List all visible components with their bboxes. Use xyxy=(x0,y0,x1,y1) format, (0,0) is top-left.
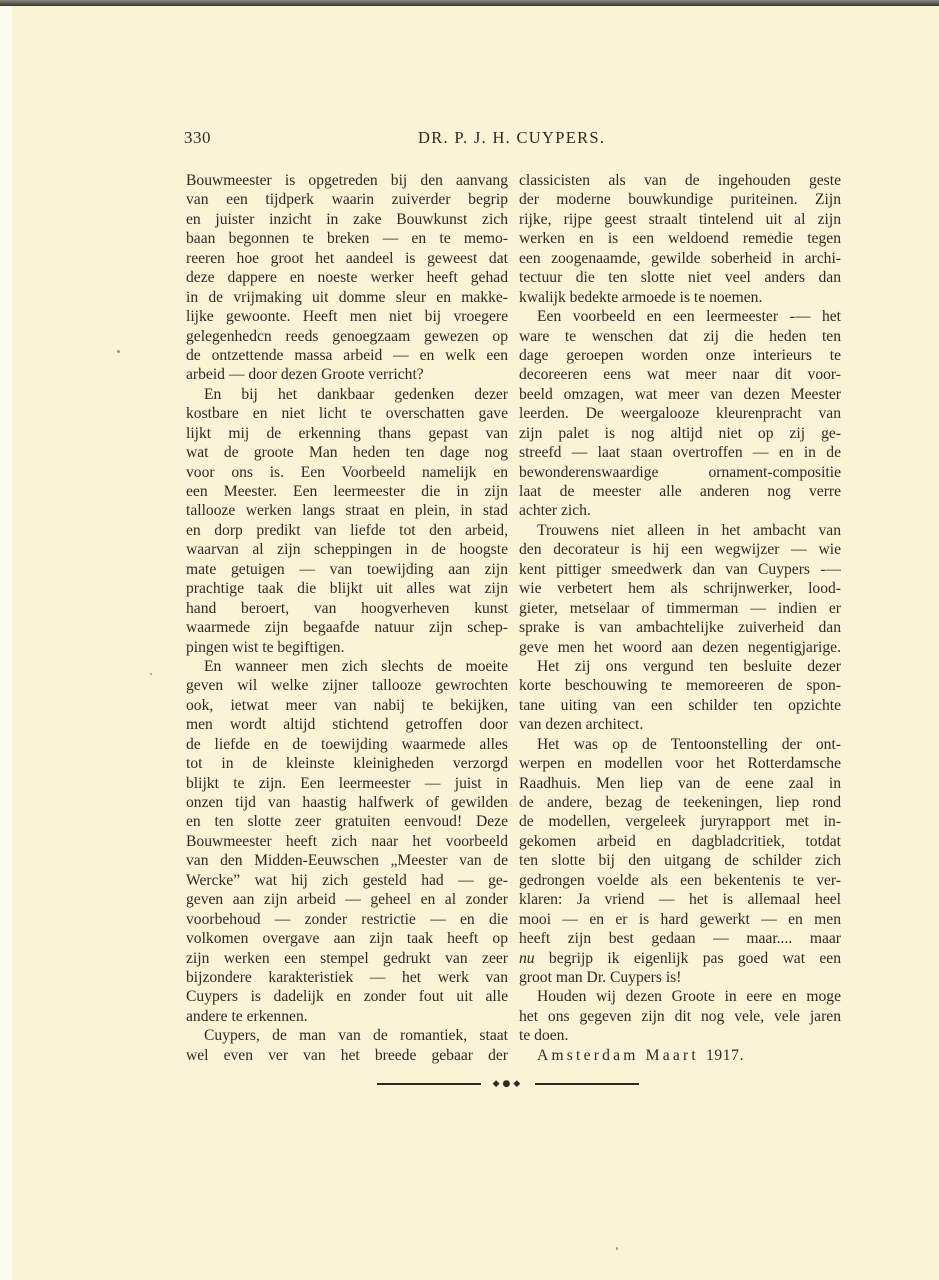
line-text: Een voorbeeld en een leermeester -— het xyxy=(537,308,841,325)
line-text: wie verbetert hem als schrijnwerker, loo… xyxy=(519,580,841,597)
line-text: mooi — en er is hard gewerkt — en men xyxy=(519,911,841,928)
line-text: ook, ietwat meer van nabij te bekijken, xyxy=(186,697,508,714)
line-text: gedrongen voelde als een bekentenis te v… xyxy=(519,872,841,889)
line-text: de liefde en de toewijding waarmede alle… xyxy=(186,736,508,753)
line-text: gekomen arbeid en dagbladcritiek, totdat xyxy=(519,833,841,850)
right-column: classicisten als van de ingehouden geste… xyxy=(519,171,841,1065)
text-line: de ontzettende massa arbeid — en welk ee… xyxy=(186,346,508,365)
line-text: van een tijdperk waarin zuiverder begrip xyxy=(186,191,508,208)
paper-speck xyxy=(117,350,120,353)
line-text: pingen wist te begiftigen. xyxy=(186,639,345,656)
text-line: onzen tijd van haastig halfwerk of gewil… xyxy=(186,793,508,812)
text-line: tectuur die ten slotte niet veel anders … xyxy=(519,268,841,287)
line-text: werken en is een weldoend remedie tegen xyxy=(519,230,841,247)
line-text: blijkt te zijn. Een leermeester — juist … xyxy=(186,775,508,792)
text-line: een Meester. Een leermeester die in zijn xyxy=(186,482,508,501)
line-text: waarvan al zijn scheppingen in de hoogst… xyxy=(186,541,508,558)
text-line: deze dappere en noeste werker heeft geha… xyxy=(186,268,508,287)
text-line: Cuypers, de man van de romantiek, staat xyxy=(186,1026,508,1045)
line-text: geven aan zijn arbeid — geheel en al zon… xyxy=(186,891,508,908)
line-text: en juister inzicht in zake Bouwkunst zic… xyxy=(186,211,508,228)
text-line: men wordt altijd stichtend getroffen doo… xyxy=(186,715,508,734)
text-line: lijkt mij de erkenning thans gepast van xyxy=(186,424,508,443)
text-line: de liefde en de toewijding waarmede alle… xyxy=(186,735,508,754)
line-text: Raadhuis. Men liep van de eene zaal in xyxy=(519,775,841,792)
scan-left-margin xyxy=(0,6,12,1280)
line-text: dage geroepen worden onze interieurs te xyxy=(519,347,841,364)
text-line: gedrongen voelde als een bekentenis te v… xyxy=(519,871,841,890)
text-line: nu begrijp ik eigenlijk pas goed wat een xyxy=(519,949,841,968)
line-text: ware te wenschen dat zij die heden ten xyxy=(519,328,841,345)
line-text: te doen. xyxy=(519,1027,568,1044)
line-text: beeld omzagen, wat meer van dezen Meeste… xyxy=(519,386,841,403)
line-text: geven wil welke zijner tallooze gewrocht… xyxy=(186,677,508,694)
text-line: gelegenhedcn reeds genoegzaam gewezen op xyxy=(186,327,508,346)
emphasis: nu xyxy=(519,950,535,967)
text-line: Wercke” wat hij zich gesteld had — ge- xyxy=(186,871,508,890)
line-text: tallooze werken langs straat en plein, i… xyxy=(186,502,508,519)
text-line: Een voorbeeld en een leermeester -— het xyxy=(519,307,841,326)
line-text: onzen tijd van haastig halfwerk of gewil… xyxy=(186,794,508,811)
text-line: andere te erkennen. xyxy=(186,1007,508,1026)
line-text: Cuypers, de man van de romantiek, staat xyxy=(204,1027,508,1044)
text-line: zijn werken een stempel gedrukt van zeer xyxy=(186,949,508,968)
line-text: mate getuigen — van toewijding aan zijn xyxy=(186,561,508,578)
line-text: de andere, bezag de teekeningen, liep ro… xyxy=(519,794,841,811)
line-text: Houden wij dezen Groote in eere en moge xyxy=(537,988,841,1005)
line-text: gelegenhedcn reeds genoegzaam gewezen op xyxy=(186,328,508,345)
line-text: het ons gegeven zijn dit nog vele, vele … xyxy=(519,1008,841,1025)
text-line: classicisten als van de ingehouden geste xyxy=(519,171,841,190)
text-line: van dezen architect. xyxy=(519,715,841,734)
text-line: leerden. De weergalooze kleurenpracht va… xyxy=(519,404,841,423)
line-text: kostbare en niet licht te overschatten g… xyxy=(186,405,508,422)
line-text: kwalijk bedekte armoede is te noemen. xyxy=(519,289,762,306)
text-line: kwalijk bedekte armoede is te noemen. xyxy=(519,288,841,307)
text-line: groot man Dr. Cuypers is! xyxy=(519,968,841,987)
text-line: Het was op de Tentoonstelling der ont- xyxy=(519,735,841,754)
line-text: men wordt altijd stichtend getroffen doo… xyxy=(186,716,508,733)
page-number: 330 xyxy=(184,128,211,148)
line-text: lijkt mij de erkenning thans gepast van xyxy=(186,425,508,442)
text-line: van een tijdperk waarin zuiverder begrip xyxy=(186,190,508,209)
line-text: der moderne bouwkundige puriteinen. Zijn xyxy=(519,191,841,208)
line-text: laat de meester alle anderen nog verre xyxy=(519,483,841,500)
line-text: een zoogenaamde, gewilde soberheid in ar… xyxy=(519,250,841,267)
text-line: werken en is een weldoend remedie tegen xyxy=(519,229,841,248)
text-line: streefd — laat staan overtroffen — en in… xyxy=(519,443,841,462)
text-line: dage geroepen worden onze interieurs te xyxy=(519,346,841,365)
text-line: werpen en modellen voor het Rotterdamsch… xyxy=(519,754,841,773)
text-line: En wanneer men zich slechts de moeite xyxy=(186,657,508,676)
text-line: decoreeren eens wat meer naar dit voor- xyxy=(519,365,841,384)
text-line: sprake is van ambachtelijke zuiverheid d… xyxy=(519,618,841,637)
line-text: Het was op de Tentoonstelling der ont- xyxy=(537,736,841,753)
text-line: pingen wist te begiftigen. xyxy=(186,638,508,657)
line-text: Trouwens niet alleen in het ambacht van xyxy=(537,522,841,539)
running-head: 330 DR. P. J. H. CUYPERS. xyxy=(0,128,939,150)
text-line: Bouwmeester heeft zich naar het voorbeel… xyxy=(186,832,508,851)
text-line: van den Midden-Eeuwschen „Meester van de xyxy=(186,851,508,870)
text-line: het ons gegeven zijn dit nog vele, vele … xyxy=(519,1007,841,1026)
line-text: prachtige taak die blijkt uit alles wat … xyxy=(186,580,508,597)
line-text: Wercke” wat hij zich gesteld had — ge- xyxy=(186,872,508,889)
text-line: gieter, metselaar of timmerman — indien … xyxy=(519,599,841,618)
text-line: achter zich. xyxy=(519,501,841,520)
ornament-rule-left xyxy=(377,1083,481,1085)
text-line: klaren: Ja vriend — het is allemaal heel xyxy=(519,890,841,909)
line-text: Bouwmeester is opgetreden bij den aanvan… xyxy=(186,172,508,189)
text-line: mate getuigen — van toewijding aan zijn xyxy=(186,560,508,579)
text-line: tane uiting van een schilder ten opzicht… xyxy=(519,696,841,715)
line-text: ten slotte bij den uitgang de schilder z… xyxy=(519,852,841,869)
text-line: de andere, bezag de teekeningen, liep ro… xyxy=(519,793,841,812)
paper-speck xyxy=(616,1247,618,1250)
text-line: prachtige taak die blijkt uit alles wat … xyxy=(186,579,508,598)
text-line: Bouwmeester is opgetreden bij den aanvan… xyxy=(186,171,508,190)
line-text: decoreeren eens wat meer naar dit voor- xyxy=(519,366,841,383)
diamond-dot-ornament-icon: ◆●◆ xyxy=(493,1079,524,1089)
text-line: arbeid — door dezen Groote verricht? xyxy=(186,365,508,384)
line-text: baan begonnen te breken — en te memo- xyxy=(186,230,508,247)
text-line: ten slotte bij den uitgang de schilder z… xyxy=(519,851,841,870)
text-line: bijzondere karakteristiek — het werk van xyxy=(186,968,508,987)
text-line: kostbare en niet licht te overschatten g… xyxy=(186,404,508,423)
line-text: tectuur die ten slotte niet veel anders … xyxy=(519,269,841,286)
text-line: ware te wenschen dat zij die heden ten xyxy=(519,327,841,346)
line-text: streefd — laat staan overtroffen — en in… xyxy=(519,444,841,461)
text-line: voor ons is. Een Voorbeeld namelijk en xyxy=(186,463,508,482)
text-line: Houden wij dezen Groote in eere en moge xyxy=(519,987,841,1006)
text-line: volkomen overgave aan zijn taak heeft op xyxy=(186,929,508,948)
line-text: klaren: Ja vriend — het is allemaal heel xyxy=(519,891,841,908)
text-line: wie verbetert hem als schrijnwerker, loo… xyxy=(519,579,841,598)
line-text: voorbehoud — zonder restrictie — en die xyxy=(186,911,508,928)
line-text: zijn werken een stempel gedrukt van zeer xyxy=(186,950,508,967)
line-text: classicisten als van de ingehouden geste xyxy=(519,172,841,189)
line-text: gieter, metselaar of timmerman — indien … xyxy=(519,600,841,617)
text-line: reeren hoe groot het aandeel is geweest … xyxy=(186,249,508,268)
line-text: rijke, rijpe geest straalt tintelend uit… xyxy=(519,211,841,228)
line-text: de ontzettende massa arbeid — en welk ee… xyxy=(186,347,508,364)
line-text: waarmede zijn begaafde natuur zijn schep… xyxy=(186,619,508,636)
line-text: wel even ver van het breede gebaar der xyxy=(186,1047,508,1064)
running-title: DR. P. J. H. CUYPERS. xyxy=(418,128,605,148)
text-line: beeld omzagen, wat meer van dezen Meeste… xyxy=(519,385,841,404)
line-text: wat de groote Man heden ten dage nog xyxy=(186,444,508,461)
text-line: wat de groote Man heden ten dage nog xyxy=(186,443,508,462)
line-text: zijn palet is nog altijd niet op zij ge- xyxy=(519,425,841,442)
text-line: baan begonnen te breken — en te memo- xyxy=(186,229,508,248)
text-line: waarvan al zijn scheppingen in de hoogst… xyxy=(186,540,508,559)
line-text: geve men het woord aan dezen negentigjar… xyxy=(519,639,841,656)
text-line: in de vrijmaking uit domme sleur en makk… xyxy=(186,288,508,307)
line-text: achter zich. xyxy=(519,502,591,519)
text-line: gekomen arbeid en dagbladcritiek, totdat xyxy=(519,832,841,851)
line-text: en dorp predikt van liefde tot den arbei… xyxy=(186,522,508,539)
text-line: voorbehoud — zonder restrictie — en die xyxy=(186,910,508,929)
text-line: wel even ver van het breede gebaar der xyxy=(186,1046,508,1065)
line-text: leerden. De weergalooze kleurenpracht va… xyxy=(519,405,841,422)
line-text: volkomen overgave aan zijn taak heeft op xyxy=(186,930,508,947)
signature-year: 1917. xyxy=(706,1047,744,1064)
line-text: Het zij ons vergund ten besluite dezer xyxy=(537,658,841,675)
line-text: begrijp ik eigenlijk pas goed wat een xyxy=(535,950,841,967)
line-text: lijke gewoonte. Heeft men niet bij vroeg… xyxy=(186,308,508,325)
text-line: en juister inzicht in zake Bouwkunst zic… xyxy=(186,210,508,229)
text-line: kent pittiger smeedwerk dan van Cuypers … xyxy=(519,560,841,579)
signature-line: Amsterdam Maart 1917. xyxy=(519,1046,841,1065)
text-line: geven wil welke zijner tallooze gewrocht… xyxy=(186,676,508,695)
line-text: andere te erkennen. xyxy=(186,1008,308,1025)
line-text: een Meester. Een leermeester die in zijn xyxy=(186,483,508,500)
text-line: blijkt te zijn. Een leermeester — juist … xyxy=(186,774,508,793)
line-text: deze dappere en noeste werker heeft geha… xyxy=(186,269,508,286)
paper-speck xyxy=(150,673,152,675)
text-line: en ten slotte zeer gratuiten eenvoud! De… xyxy=(186,812,508,831)
text-line: rijke, rijpe geest straalt tintelend uit… xyxy=(519,210,841,229)
line-text: de modellen, vergeleek juryrapport met i… xyxy=(519,813,841,830)
line-text: En wanneer men zich slechts de moeite xyxy=(204,658,508,675)
line-text: den decorateur is hij een wegwijzer — wi… xyxy=(519,541,841,558)
text-line: de modellen, vergeleek juryrapport met i… xyxy=(519,812,841,831)
text-line: lijke gewoonte. Heeft men niet bij vroeg… xyxy=(186,307,508,326)
end-ornament: ◆●◆ xyxy=(377,1077,639,1091)
text-line: mooi — en er is hard gewerkt — en men xyxy=(519,910,841,929)
text-line: Trouwens niet alleen in het ambacht van xyxy=(519,521,841,540)
line-text: reeren hoe groot het aandeel is geweest … xyxy=(186,250,508,267)
line-text: korte beschouwing te memoreeren de spon- xyxy=(519,677,841,694)
ornament-rule-right xyxy=(535,1083,639,1085)
line-text: arbeid — door dezen Groote verricht? xyxy=(186,366,424,383)
text-line: ook, ietwat meer van nabij te bekijken, xyxy=(186,696,508,715)
text-line: En bij het dankbaar gedenken dezer xyxy=(186,385,508,404)
text-line: zijn palet is nog altijd niet op zij ge- xyxy=(519,424,841,443)
text-line: geven aan zijn arbeid — geheel en al zon… xyxy=(186,890,508,909)
line-text: werpen en modellen voor het Rotterdamsch… xyxy=(519,755,841,772)
line-text: heeft zijn best gedaan — maar.... maar xyxy=(519,930,841,947)
line-text: tane uiting van een schilder ten opzicht… xyxy=(519,697,841,714)
line-text: En bij het dankbaar gedenken dezer xyxy=(204,386,508,403)
text-line: korte beschouwing te memoreeren de spon- xyxy=(519,676,841,695)
line-text: bijzondere karakteristiek — het werk van xyxy=(186,969,508,986)
text-line: hand beroert, van hoogverheven kunst xyxy=(186,599,508,618)
line-text: groot man Dr. Cuypers is! xyxy=(519,969,681,986)
line-text: voor ons is. Een Voorbeeld namelijk en xyxy=(186,464,508,481)
text-line: tot in de kleinste kleinigheden verzorgd xyxy=(186,754,508,773)
line-text: van dezen architect. xyxy=(519,716,643,733)
line-text: Cuypers is dadelijk en zonder fout uit a… xyxy=(186,988,508,1005)
text-line: tallooze werken langs straat en plein, i… xyxy=(186,501,508,520)
line-text: kent pittiger smeedwerk dan van Cuypers … xyxy=(519,561,841,578)
text-line: laat de meester alle anderen nog verre xyxy=(519,482,841,501)
line-text: bewonderenswaardige ornament-compositie xyxy=(519,464,841,481)
line-text: van den Midden-Eeuwschen „Meester van de xyxy=(186,852,508,869)
text-line: geve men het woord aan dezen negentigjar… xyxy=(519,638,841,657)
left-column: Bouwmeester is opgetreden bij den aanvan… xyxy=(186,171,508,1065)
line-text: en ten slotte zeer gratuiten eenvoud! De… xyxy=(186,813,508,830)
text-line: waarmede zijn begaafde natuur zijn schep… xyxy=(186,618,508,637)
line-text: sprake is van ambachtelijke zuiverheid d… xyxy=(519,619,841,636)
line-text: in de vrijmaking uit domme sleur en makk… xyxy=(186,289,508,306)
text-line: te doen. xyxy=(519,1026,841,1045)
signature-place: Amsterdam Maart xyxy=(537,1047,706,1064)
line-text: Bouwmeester heeft zich naar het voorbeel… xyxy=(186,833,508,850)
right-column-lines: classicisten als van de ingehouden geste… xyxy=(519,171,841,1046)
text-line: Cuypers is dadelijk en zonder fout uit a… xyxy=(186,987,508,1006)
line-text: tot in de kleinste kleinigheden verzorgd xyxy=(186,755,508,772)
text-line: der moderne bouwkundige puriteinen. Zijn xyxy=(519,190,841,209)
text-line: Het zij ons vergund ten besluite dezer xyxy=(519,657,841,676)
line-text: hand beroert, van hoogverheven kunst xyxy=(186,600,508,617)
text-line: den decorateur is hij een wegwijzer — wi… xyxy=(519,540,841,559)
text-line: bewonderenswaardige ornament-compositie xyxy=(519,463,841,482)
text-line: een zoogenaamde, gewilde soberheid in ar… xyxy=(519,249,841,268)
text-line: heeft zijn best gedaan — maar.... maar xyxy=(519,929,841,948)
text-line: Raadhuis. Men liep van de eene zaal in xyxy=(519,774,841,793)
text-line: en dorp predikt van liefde tot den arbei… xyxy=(186,521,508,540)
